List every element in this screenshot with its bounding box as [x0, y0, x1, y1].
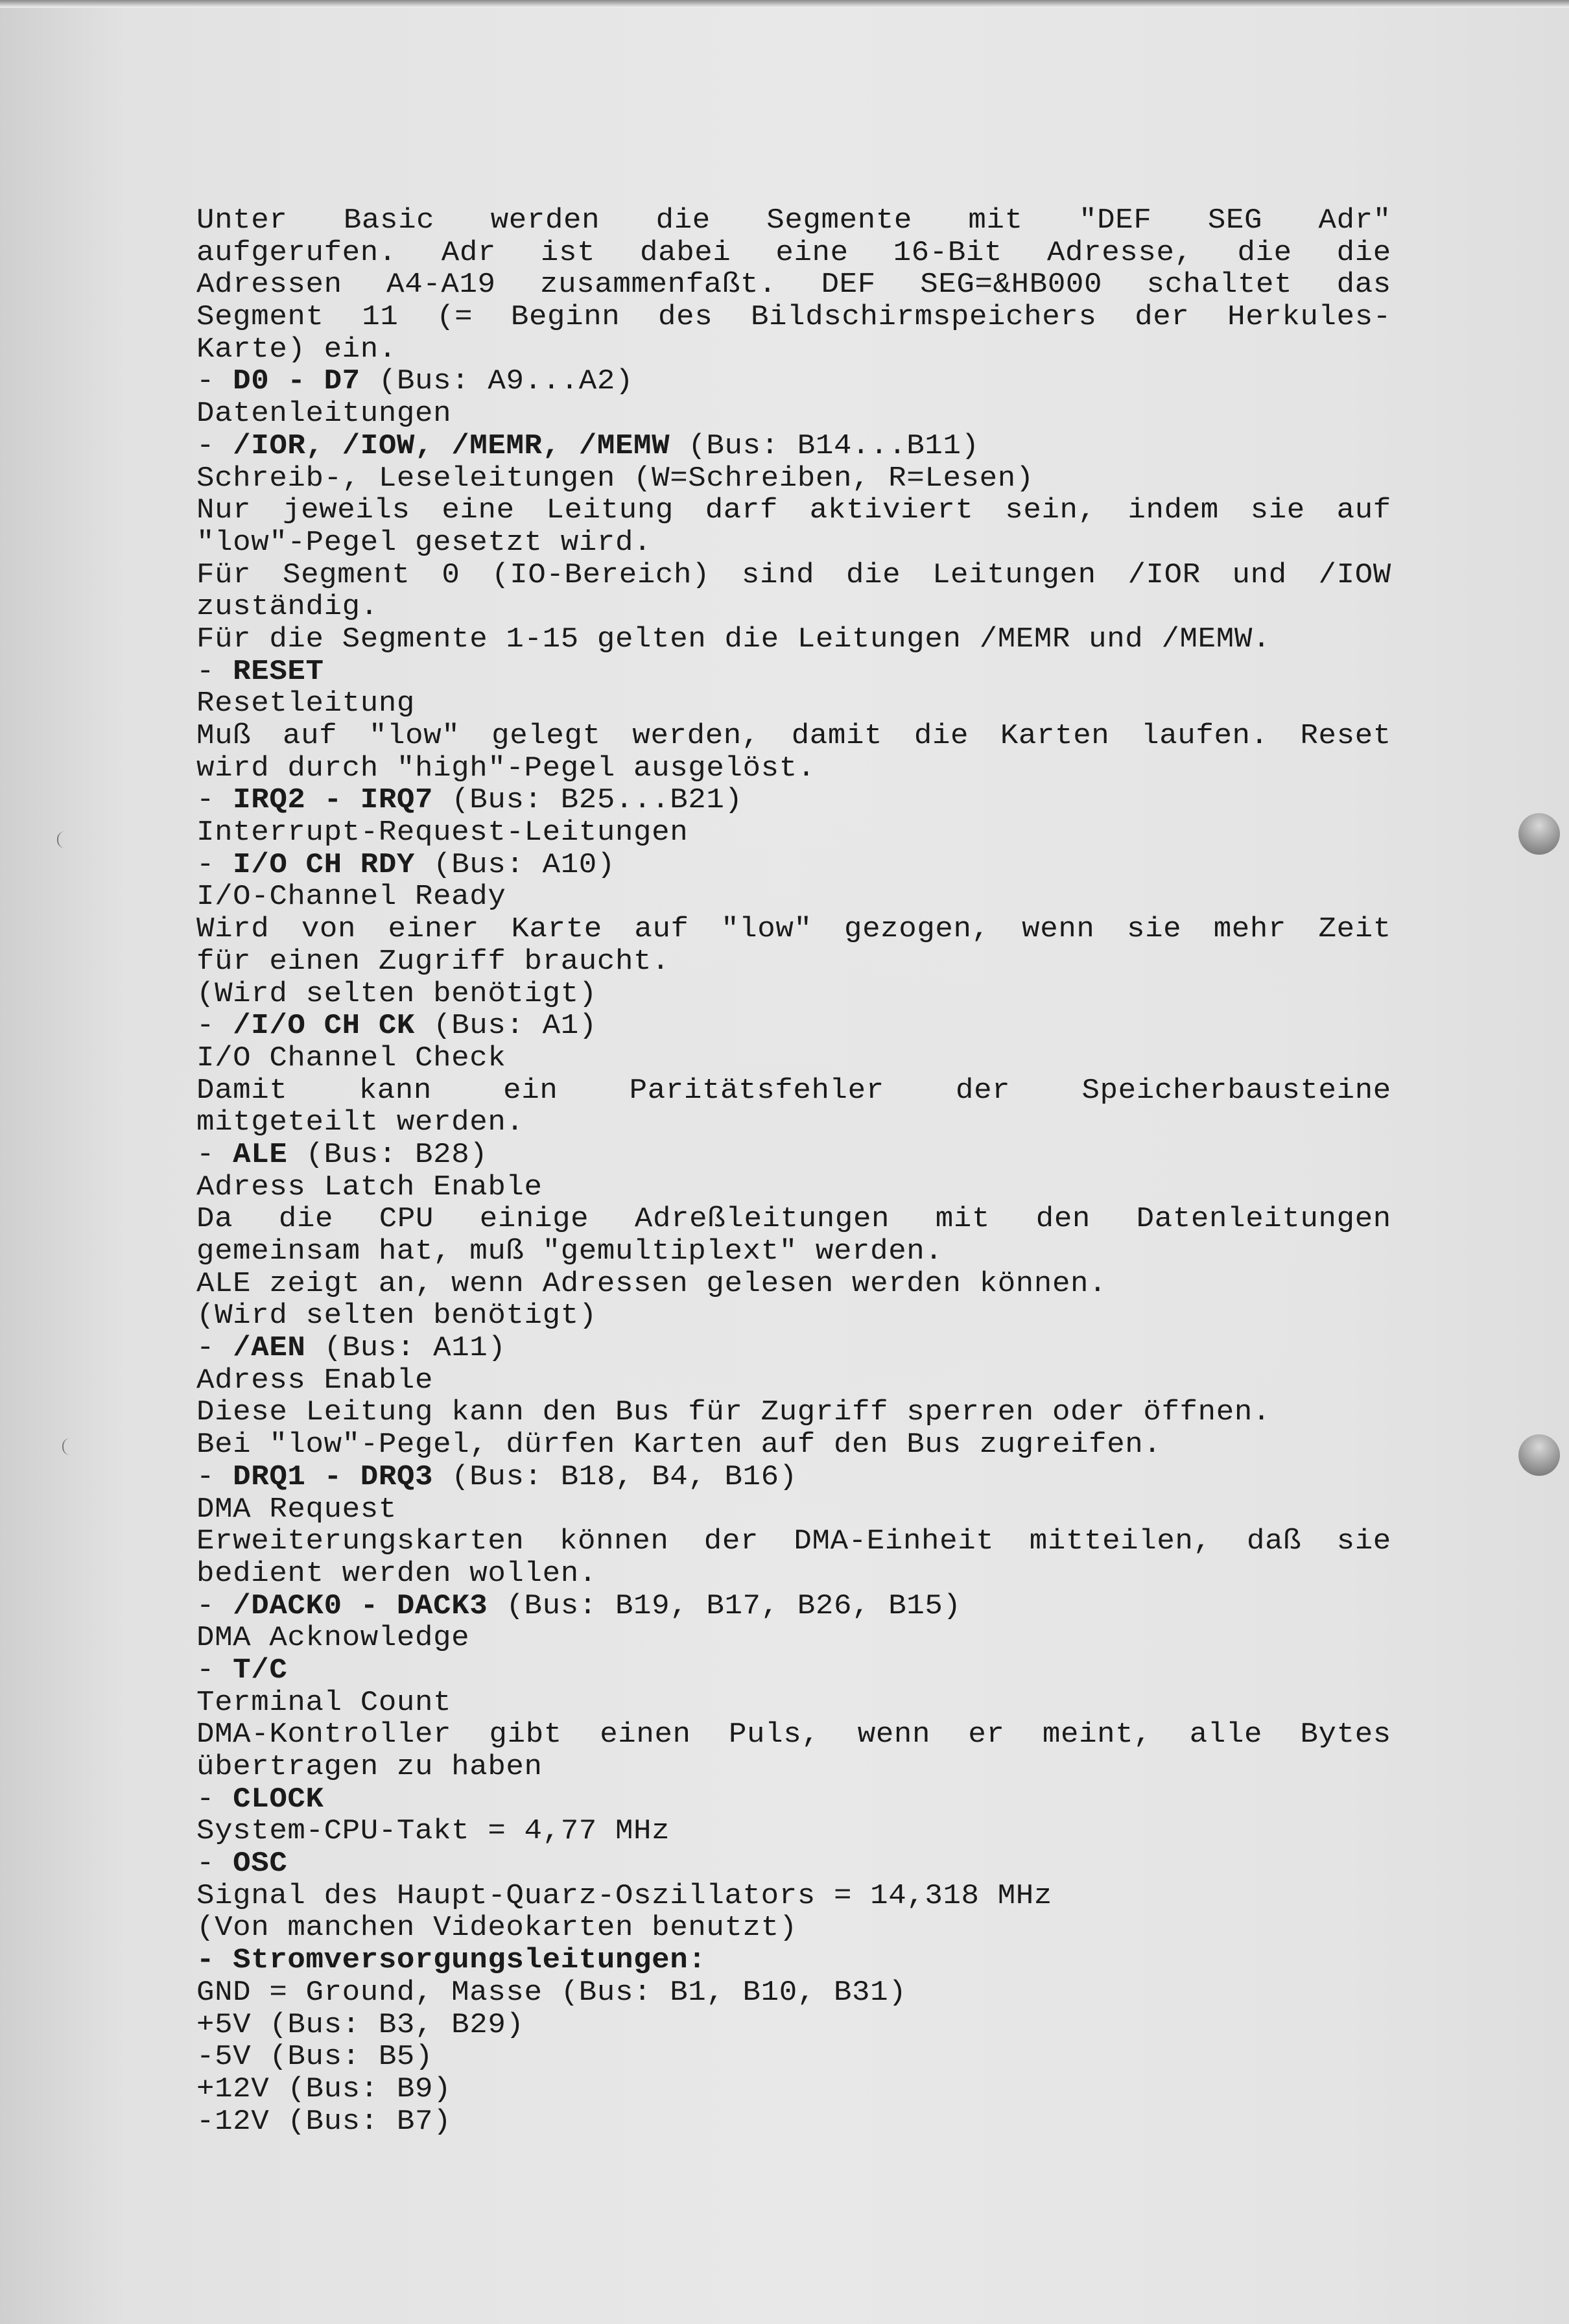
- text-line: Für Segment 0 (IO-Bereich) sind die Leit…: [196, 560, 1391, 592]
- text-line: DMA Request: [196, 1494, 1437, 1526]
- bus-pins: (Bus: B18, B4, B16): [433, 1461, 797, 1493]
- signal-heading: - D0 - D7 (Bus: A9...A2): [196, 366, 1437, 398]
- bus-pins: (Bus: A9...A2): [360, 365, 633, 397]
- text-line: Damit kann ein Paritätsfehler der Speich…: [196, 1075, 1391, 1108]
- bullet-dash: -: [196, 1783, 233, 1816]
- text-line: (Wird selten benötigt): [196, 1300, 1437, 1333]
- bullet-dash: -: [196, 1461, 233, 1493]
- text-line: (Wird selten benötigt): [196, 978, 1437, 1011]
- signal-name: - Stromversorgungsleitungen:: [196, 1944, 706, 1976]
- text-line: Erweiterungskarten können der DMA-Einhei…: [196, 1526, 1391, 1558]
- signal-heading: - DRQ1 - DRQ3 (Bus: B18, B4, B16): [196, 1462, 1437, 1494]
- bullet-dash: -: [196, 1139, 233, 1171]
- signal-heading: - ALE (Bus: B28): [196, 1139, 1437, 1172]
- signal-heading: - CLOCK: [196, 1784, 1437, 1816]
- text-line: wird durch "high"-Pegel ausgelöst.: [196, 753, 1437, 785]
- document-body: Unter Basic werden die Segmente mit "DEF…: [196, 205, 1389, 2138]
- bus-pins: (Bus: B19, B17, B26, B15): [488, 1590, 961, 1622]
- text-line: Terminal Count: [196, 1687, 1437, 1720]
- bus-pins: (Bus: A10): [415, 849, 615, 881]
- signal-heading: - /I/O CH CK (Bus: A1): [196, 1010, 1437, 1043]
- bus-pins: (Bus: B28): [287, 1139, 488, 1171]
- text-line: Unter Basic werden die Segmente mit "DEF…: [196, 205, 1391, 237]
- text-line: -5V (Bus: B5): [196, 2041, 1437, 2074]
- signal-heading: - /IOR, /IOW, /MEMR, /MEMW (Bus: B14...B…: [196, 431, 1437, 463]
- text-line: +12V (Bus: B9): [196, 2074, 1437, 2106]
- text-line: Nur jeweils eine Leitung darf aktiviert …: [196, 495, 1391, 527]
- signal-name: /AEN: [233, 1332, 305, 1364]
- text-line: Für die Segmente 1-15 gelten die Leitung…: [196, 624, 1437, 656]
- text-line: DMA Acknowledge: [196, 1622, 1437, 1655]
- bullet-dash: -: [196, 656, 233, 688]
- signal-name: T/C: [233, 1654, 287, 1687]
- text-line: Datenleitungen: [196, 398, 1437, 431]
- text-line: aufgerufen. Adr ist dabei eine 16-Bit Ad…: [196, 237, 1391, 270]
- text-line: Resetleitung: [196, 688, 1437, 720]
- text-line: Adress Latch Enable: [196, 1172, 1437, 1204]
- signal-heading: - RESET: [196, 656, 1437, 689]
- scan-edge: [0, 0, 1569, 8]
- signal-heading: - Stromversorgungsleitungen:: [196, 1945, 1437, 1977]
- text-line: Adressen A4-A19 zusammenfaßt. DEF SEG=&H…: [196, 269, 1391, 302]
- text-line: bedient werden wollen.: [196, 1558, 1437, 1591]
- text-line: Karte) ein.: [196, 334, 1437, 366]
- text-line: gemeinsam hat, muß "gemultiplext" werden…: [196, 1236, 1437, 1268]
- text-line: Adress Enable: [196, 1365, 1437, 1397]
- text-line: I/O Channel Check: [196, 1043, 1437, 1075]
- signal-name: I/O CH RDY: [233, 849, 415, 881]
- text-line: "low"-Pegel gesetzt wird.: [196, 527, 1437, 560]
- text-line: Diese Leitung kann den Bus für Zugriff s…: [196, 1397, 1437, 1429]
- bullet-dash: -: [196, 1590, 233, 1622]
- bullet-dash: -: [196, 849, 233, 881]
- text-line: System-CPU-Takt = 4,77 MHz: [196, 1816, 1437, 1848]
- bus-pins: (Bus: A1): [415, 1010, 597, 1042]
- text-line: zuständig.: [196, 591, 1437, 624]
- signal-name: DRQ1 - DRQ3: [233, 1461, 433, 1493]
- text-line: Wird von einer Karte auf "low" gezogen, …: [196, 914, 1391, 946]
- signal-heading: - I/O CH RDY (Bus: A10): [196, 849, 1437, 882]
- bus-pins: (Bus: B14...B11): [670, 430, 979, 462]
- text-line: (Von manchen Videokarten benutzt): [196, 1912, 1437, 1945]
- punch-hole-icon: [1518, 813, 1560, 855]
- signal-name: D0 - D7: [233, 365, 360, 397]
- text-line: -12V (Bus: B7): [196, 2106, 1437, 2139]
- signal-name: OSC: [233, 1847, 287, 1880]
- signal-heading: - T/C: [196, 1655, 1437, 1687]
- bullet-dash: -: [196, 784, 233, 816]
- signal-name: /DACK0 - DACK3: [233, 1590, 488, 1622]
- bullet-dash: -: [196, 365, 233, 397]
- signal-name: RESET: [233, 656, 324, 688]
- text-line: DMA-Kontroller gibt einen Puls, wenn er …: [196, 1719, 1391, 1751]
- signal-name: /I/O CH CK: [233, 1010, 415, 1042]
- text-line: Muß auf "low" gelegt werden, damit die K…: [196, 720, 1391, 753]
- signal-heading: - /AEN (Bus: A11): [196, 1333, 1437, 1365]
- bullet-dash: -: [196, 1010, 233, 1042]
- text-line: Interrupt-Request-Leitungen: [196, 817, 1437, 849]
- signal-name: ALE: [233, 1139, 287, 1171]
- text-line: für einen Zugriff braucht.: [196, 946, 1437, 978]
- bullet-dash: -: [196, 1654, 233, 1687]
- signal-heading: - IRQ2 - IRQ7 (Bus: B25...B21): [196, 785, 1437, 817]
- bus-pins: (Bus: A11): [306, 1332, 506, 1364]
- signal-heading: - /DACK0 - DACK3 (Bus: B19, B17, B26, B1…: [196, 1591, 1437, 1623]
- text-line: Bei "low"-Pegel, dürfen Karten auf den B…: [196, 1429, 1437, 1462]
- text-line: I/O-Channel Ready: [196, 881, 1437, 914]
- text-line: mitgeteilt werden.: [196, 1107, 1437, 1139]
- signal-name: CLOCK: [233, 1783, 324, 1816]
- text-line: ALE zeigt an, wenn Adressen gelesen werd…: [196, 1268, 1437, 1301]
- bullet-dash: -: [196, 1332, 233, 1364]
- text-line: GND = Ground, Masse (Bus: B1, B10, B31): [196, 1977, 1437, 2010]
- text-line: Da die CPU einige Adreßleitungen mit den…: [196, 1203, 1391, 1236]
- punch-hole-icon: [1518, 1434, 1560, 1476]
- text-line: übertragen zu haben: [196, 1751, 1437, 1784]
- text-line: Signal des Haupt-Quarz-Oszillators = 14,…: [196, 1880, 1437, 1913]
- text-line: Schreib-, Leseleitungen (W=Schreiben, R=…: [196, 463, 1437, 495]
- text-line: Segment 11 (= Beginn des Bildschirmspeic…: [196, 302, 1391, 334]
- signal-heading: - OSC: [196, 1848, 1437, 1880]
- bullet-dash: -: [196, 430, 233, 462]
- signal-name: /IOR, /IOW, /MEMR, /MEMW: [233, 430, 670, 462]
- bullet-dash: -: [196, 1847, 233, 1880]
- signal-name: IRQ2 - IRQ7: [233, 784, 433, 816]
- text-line: +5V (Bus: B3, B29): [196, 2010, 1437, 2042]
- bus-pins: (Bus: B25...B21): [433, 784, 742, 816]
